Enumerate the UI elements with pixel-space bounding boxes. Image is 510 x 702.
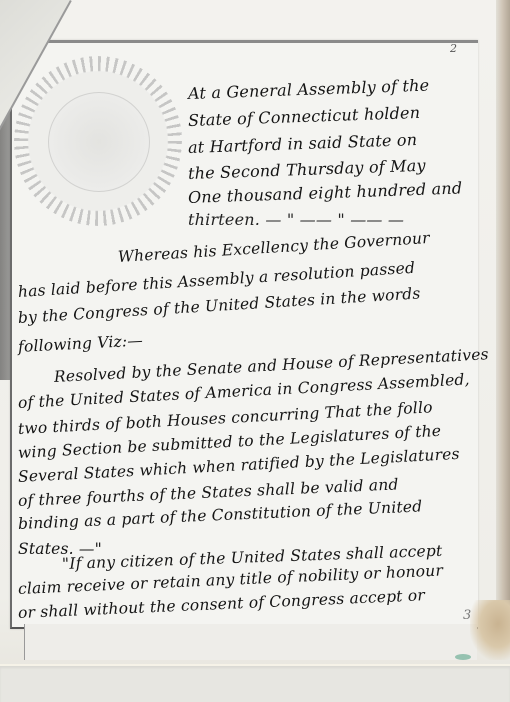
page-edge bbox=[496, 0, 510, 640]
page-bottom-margin bbox=[0, 664, 510, 702]
water-stain bbox=[470, 600, 510, 660]
sheet-lower-margin bbox=[24, 624, 477, 660]
seal-center bbox=[48, 92, 150, 192]
green-stain bbox=[455, 654, 471, 660]
page-number-bottom: 3 bbox=[463, 608, 471, 623]
heading-line-6: thirteen. — " —— " —— — bbox=[188, 210, 404, 229]
page-number-top: 2 bbox=[450, 42, 457, 55]
